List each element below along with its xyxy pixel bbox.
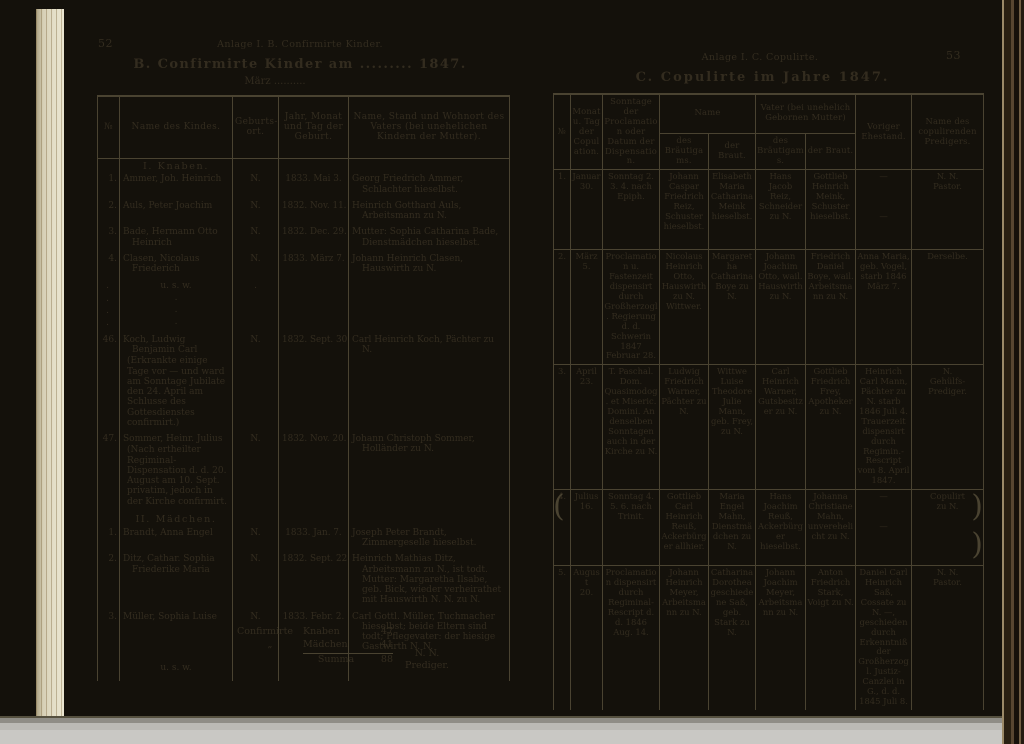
col-header-birthdate: Jahr, Monat und Tag der Geburt. bbox=[279, 96, 349, 158]
marriage-date-cell: Januar 30. bbox=[571, 170, 603, 250]
col-header-date: Monat u. Tag der Copulation. bbox=[571, 94, 603, 170]
marriage-header-row-1: № Monat u. Tag der Copulation. Sonntage … bbox=[554, 94, 984, 133]
child-row: 2.Auls, Peter JoachimN.1832. Nov. 11.Hei… bbox=[98, 200, 510, 227]
group-header-name: Name bbox=[660, 94, 756, 133]
birthdate-cell: 1833. März 7. bbox=[279, 253, 349, 280]
sub-header-bride: der Braut. bbox=[709, 133, 756, 170]
bride-father-cell: Friedrich Daniel Boye, wail. Arbeitsmann… bbox=[806, 250, 856, 365]
marriage-row: 1.Januar 30.Sonntag 2. 3. 4. nach Epiph.… bbox=[554, 170, 984, 250]
groom-father-cell: Carl Heinrich Warner, Gutsbesitzer zu N. bbox=[756, 365, 806, 490]
birthdate-cell: 1832. Nov. 11. bbox=[279, 200, 349, 227]
father-cell: Georg Friedrich Ammer, Schlachter hiesel… bbox=[349, 173, 510, 200]
father-cell: Johann Heinrich Clasen, Hauswirth zu N. bbox=[349, 253, 510, 280]
birthdate-cell: 1832. Sept. 22. bbox=[279, 553, 349, 610]
col-header-proclamation: Sonntage der Proclamation oder Datum der… bbox=[603, 94, 660, 170]
row-number-cell: 46. bbox=[98, 334, 120, 433]
birthplace-cell: N. bbox=[233, 200, 279, 227]
minister-cell: N. N. Pastor. bbox=[912, 566, 984, 710]
marriage-date-cell: März 5. bbox=[571, 250, 603, 365]
groom-cell: Johann Caspar Friedrich Reiz, Schuster h… bbox=[660, 170, 709, 250]
bride-cell: Wittwe Luise Theodore Julie Mann, geb. F… bbox=[709, 365, 756, 490]
col-header-previous-marriage: Voriger Ehestand. bbox=[856, 94, 912, 170]
child-name-cell: Ditz, Cathar. Sophia Friederike Maria bbox=[120, 553, 233, 610]
child-name: Clasen, Nicolaus Friederich bbox=[132, 254, 229, 275]
child-name: Bade, Hermann Otto Heinrich bbox=[132, 227, 229, 248]
row-number-cell: 2. bbox=[98, 200, 120, 227]
child-name: Ditz, Cathar. Sophia Friederike Maria bbox=[132, 554, 229, 575]
col-header-birthplace: Geburts-ort. bbox=[233, 96, 279, 158]
summary-count: 47 bbox=[369, 626, 393, 639]
father-cell bbox=[349, 158, 510, 173]
child-name: Auls, Peter Joachim bbox=[132, 201, 229, 211]
summary-label: Confirmirte bbox=[237, 626, 303, 639]
row-number-cell: 2. bbox=[98, 553, 120, 610]
previous-marriage-cell: Anna Maria, geb. Vogel, starb 1846 März … bbox=[856, 250, 912, 365]
child-row: 1.Brandt, Anna EngelN.1833. Jan. 7.Josep… bbox=[98, 527, 510, 554]
marriage-row: 4.(Julius 16.Sonntag 4. 5. 6. nach Trini… bbox=[554, 490, 984, 566]
example-bracket-left: ( bbox=[554, 492, 565, 522]
bride-father-cell: Gottlieb Friedrich Frey, Apotheker zu N. bbox=[806, 365, 856, 490]
summary-total-label: Summa bbox=[303, 654, 369, 667]
proclamation-cell: Proclamation u. Fastenzeit dispensirt du… bbox=[603, 250, 660, 365]
birthplace-cell bbox=[233, 512, 279, 527]
marriage-table: № Monat u. Tag der Copulation. Sonntage … bbox=[553, 93, 984, 710]
birthdate-cell bbox=[279, 279, 349, 334]
father-cell: Heinrich Mathias Ditz, Arbeitsmann zu N.… bbox=[349, 553, 510, 610]
birthplace-cell: N. bbox=[233, 253, 279, 280]
child-name-cell: Ammer, Joh. Heinrich bbox=[120, 173, 233, 200]
child-name-cell: Auls, Peter Joachim bbox=[120, 200, 233, 227]
child-name-cell: Müller, Sophia Luise bbox=[120, 611, 233, 658]
groom-cell: Nicolaus Heinrich Otto, Hauswirth zu N. … bbox=[660, 250, 709, 365]
ellipsis-dots: . . . bbox=[123, 292, 229, 328]
left-running-head: Anlage I. B. Confirmirte Kinder. bbox=[170, 39, 430, 50]
child-name-cell: Sommer, Heinr. Julius(Nach ertheilter Re… bbox=[120, 433, 233, 512]
row-number-cell: 1. bbox=[98, 527, 120, 554]
row-number-cell: 2. bbox=[554, 250, 571, 365]
stacked-page-edges bbox=[36, 9, 64, 716]
row-number-cell: 47. bbox=[98, 433, 120, 512]
marriage-row: 5.August 20.Proclamation dispensirt durc… bbox=[554, 566, 984, 710]
section-heading: II. Mädchen. bbox=[120, 512, 233, 527]
child-name-cell: Brandt, Anna Engel bbox=[120, 527, 233, 554]
father-cell: Heinrich Gotthard Auls, Arbeitsmann zu N… bbox=[349, 200, 510, 227]
group-header-father: Vater (bei unehelich Gebornen Mutter) bbox=[756, 94, 856, 133]
birthplace-cell: N. bbox=[233, 226, 279, 253]
section-heading-row: I. Knaben. bbox=[98, 158, 510, 173]
child-row: 1.Ammer, Joh. HeinrichN.1833. Mai 3.Geor… bbox=[98, 173, 510, 200]
row-number-cell: 1. bbox=[554, 170, 571, 250]
child-row: 4.Clasen, Nicolaus FriederichN.1833. Mär… bbox=[98, 253, 510, 280]
row-number-cell: 4. bbox=[98, 253, 120, 280]
previous-marriage-cell: Heinrich Carl Mann, Pächter zu N. starb … bbox=[856, 365, 912, 490]
birthdate-cell: 1832. Sept. 30. bbox=[279, 334, 349, 433]
marriage-date-cell: April 23. bbox=[571, 365, 603, 490]
father-cell: Mutter: Sophia Catharina Bade, Dienstmäd… bbox=[349, 226, 510, 253]
marriage-row: 2.März 5.Proclamation u. Fastenzeit disp… bbox=[554, 250, 984, 365]
child-name: Brandt, Anna Engel bbox=[132, 528, 229, 538]
groom-cell: Johann Heinrich Meyer, Arbeitsmann zu N. bbox=[660, 566, 709, 710]
child-name-cell: u. s. w.. . . bbox=[120, 279, 233, 334]
birthplace-cell: . bbox=[233, 279, 279, 334]
groom-father-cell: Johann Joachim Otto, wail. Hauswirth zu … bbox=[756, 250, 806, 365]
child-name-cell: Bade, Hermann Otto Heinrich bbox=[120, 226, 233, 253]
row-number-cell: 1. bbox=[98, 173, 120, 200]
section-heading: I. Knaben. bbox=[120, 158, 233, 173]
summary-row-knaben: Confirmirte Knaben 47 bbox=[237, 626, 427, 639]
child-name: Ammer, Joh. Heinrich bbox=[132, 174, 229, 184]
minister-cell: N. N. Pastor. bbox=[912, 170, 984, 250]
row-number-cell bbox=[98, 658, 120, 681]
father-cell: Carl Heinrich Koch, Pächter zu N. bbox=[349, 334, 510, 433]
confirmation-table: № Name des Kindes. Geburts-ort. Jahr, Mo… bbox=[97, 95, 510, 681]
signature-role: Prediger. bbox=[388, 660, 466, 672]
minister-signature: N. N. Prediger. bbox=[388, 648, 466, 673]
bride-cell: Maria Engel Mahn, Dienstmädchen zu N. bbox=[709, 490, 756, 566]
birthdate-cell: 1832. Nov. 20. bbox=[279, 433, 349, 512]
bride-father-cell: Johanna Christiane Mahn, unverehelicht z… bbox=[806, 490, 856, 566]
birthplace-cell: N. bbox=[233, 527, 279, 554]
bride-cell: Elisabeth Maria Catharina Meink hieselbs… bbox=[709, 170, 756, 250]
col-header-child-name: Name des Kindes. bbox=[120, 96, 233, 158]
child-row: 2.Ditz, Cathar. Sophia Friederike MariaN… bbox=[98, 553, 510, 610]
proclamation-cell: Sonntag 4. 5. 6. nach Trinit. bbox=[603, 490, 660, 566]
birthdate-cell: 1833. Mai 3. bbox=[279, 173, 349, 200]
col-header-number: № bbox=[554, 94, 571, 170]
groom-father-cell: Hans Jacob Reiz, Schneider zu N. bbox=[756, 170, 806, 250]
right-page-number: 53 bbox=[946, 49, 961, 62]
col-header-number: № bbox=[98, 96, 120, 158]
previous-marriage-cell: — — bbox=[856, 170, 912, 250]
summary-spacer bbox=[237, 654, 303, 667]
child-row: 47.Sommer, Heinr. Julius(Nach ertheilter… bbox=[98, 433, 510, 512]
col-header-minister: Name des copulirenden Predigers. bbox=[912, 94, 984, 170]
groom-father-cell: Johann Joachim Meyer, Arbeitsmann zu N. bbox=[756, 566, 806, 710]
birthdate-cell: 1833. Jan. 7. bbox=[279, 527, 349, 554]
ditto-mark: „ bbox=[237, 639, 303, 654]
birthdate-cell bbox=[279, 512, 349, 527]
birthdate-cell bbox=[279, 158, 349, 173]
bride-father-cell: Anton Friedrich Stark, Voigt zu N. bbox=[806, 566, 856, 710]
birthplace-cell: N. bbox=[233, 173, 279, 200]
birthdate-cell: 1832. Dec. 29. bbox=[279, 226, 349, 253]
child-name-cell: Clasen, Nicolaus Friederich bbox=[120, 253, 233, 280]
ellipsis-row: . . . .u. s. w.. . .. bbox=[98, 279, 510, 334]
proclamation-cell: T. Paschal. Dom. Quasimodog. et Miseric.… bbox=[603, 365, 660, 490]
father-cell: Johann Christoph Sommer, Holländer zu N. bbox=[349, 433, 510, 512]
bride-cell: Margaretha Catharina Boye zu N. bbox=[709, 250, 756, 365]
row-number-cell: 3. bbox=[554, 365, 571, 490]
proclamation-cell: Proclamation dispensirt durch Regiminal-… bbox=[603, 566, 660, 710]
child-name: Sommer, Heinr. Julius bbox=[132, 434, 229, 444]
summary-ruled-group: Mädchen 41 bbox=[303, 639, 393, 654]
row-number-cell bbox=[98, 158, 120, 173]
father-cell bbox=[349, 512, 510, 527]
bride-cell: Catharina Dorothea geschiedene Saß, geb.… bbox=[709, 566, 756, 710]
previous-marriage-cell: — — bbox=[856, 490, 912, 566]
row-number-cell: 4.( bbox=[554, 490, 571, 566]
left-page-title: B. Confirmirte Kinder am ......... 1847. bbox=[105, 57, 495, 72]
row-number-cell: 3. bbox=[98, 611, 120, 658]
summary-category: Knaben bbox=[303, 626, 369, 639]
signature-name: N. N. bbox=[388, 648, 466, 660]
left-page-number: 52 bbox=[98, 37, 113, 50]
col-header-father: Name, Stand und Wohnort des Vaters (bei … bbox=[349, 96, 510, 158]
previous-marriage-cell: Daniel Carl Heinrich Saß, Cossate zu N. … bbox=[856, 566, 912, 710]
minister-cell: Derselbe. bbox=[912, 250, 984, 365]
example-bracket-right: ) bbox=[971, 492, 983, 522]
father-cell bbox=[349, 279, 510, 334]
confirmation-table-header-row: № Name des Kindes. Geburts-ort. Jahr, Mo… bbox=[98, 96, 510, 158]
etc-mark: u. s. w. bbox=[120, 658, 233, 681]
birthplace-cell: N. bbox=[233, 334, 279, 433]
child-name: Müller, Sophia Luise bbox=[132, 612, 229, 622]
scanner-bottom-edge bbox=[0, 716, 1002, 744]
example-bracket-right: ) bbox=[971, 530, 983, 560]
proclamation-cell: Sonntag 2. 3. 4. nach Epiph. bbox=[603, 170, 660, 250]
minister-cell: N. Gehülfs-Prediger. bbox=[912, 365, 984, 490]
etc-mark: u. s. w. bbox=[123, 281, 229, 291]
sub-header-groom-father: des Bräutigams. bbox=[756, 133, 806, 170]
birthplace-cell bbox=[233, 158, 279, 173]
right-running-head: Anlage I. C. Copulirte. bbox=[640, 52, 880, 63]
minister-cell: Copulirt zu N.)) bbox=[912, 490, 984, 566]
father-cell: Joseph Peter Brandt, Zimmergeselle hiese… bbox=[349, 527, 510, 554]
row-number-cell: . . . . bbox=[98, 279, 120, 334]
section-heading-row: II. Mädchen. bbox=[98, 512, 510, 527]
right-page-title: C. Copulirte im Jahre 1847. bbox=[595, 70, 930, 85]
summary-category: Mädchen bbox=[303, 639, 369, 652]
sub-header-bride-father: der Braut. bbox=[806, 133, 856, 170]
row-number-cell bbox=[98, 512, 120, 527]
left-page-subtitle: März .......... bbox=[105, 76, 445, 87]
birthplace-cell: N. bbox=[233, 433, 279, 512]
groom-cell: Gottlieb Carl Heinrich Reuß, Ackerbürger… bbox=[660, 490, 709, 566]
groom-cell: Ludwig Friedrich Warner, Pächter zu N. bbox=[660, 365, 709, 490]
marriage-row: 3.April 23.T. Paschal. Dom. Quasimodog. … bbox=[554, 365, 984, 490]
marriage-date-cell: Julius 16. bbox=[571, 490, 603, 566]
groom-father-cell: Hans Joachim Reuß, Ackerbürger hieselbst… bbox=[756, 490, 806, 566]
row-number-cell: 5. bbox=[554, 566, 571, 710]
marriage-date-cell: August 20. bbox=[571, 566, 603, 710]
sub-header-groom: des Bräutigams. bbox=[660, 133, 709, 170]
confirmation-note: (Nach ertheilter Regiminal-Dispensation … bbox=[127, 445, 229, 507]
child-name: Koch, Ludwig Benjamin Carl bbox=[132, 335, 229, 356]
confirmation-note: (Erkrankte einige Tage vor — und ward am… bbox=[127, 356, 229, 428]
book-cover-right-edge bbox=[1002, 0, 1024, 744]
row-number-cell: 3. bbox=[98, 226, 120, 253]
birthplace-cell: N. bbox=[233, 553, 279, 610]
bride-father-cell: Gottlieb Heinrich Meink, Schuster hiesel… bbox=[806, 170, 856, 250]
book-scan: { "left_page": { "page_number": "52", "r… bbox=[0, 0, 1024, 744]
child-row: 46.Koch, Ludwig Benjamin Carl(Erkrankte … bbox=[98, 334, 510, 433]
child-name-cell: Koch, Ludwig Benjamin Carl(Erkrankte ein… bbox=[120, 334, 233, 433]
child-row: 3.Bade, Hermann Otto HeinrichN.1832. Dec… bbox=[98, 226, 510, 253]
